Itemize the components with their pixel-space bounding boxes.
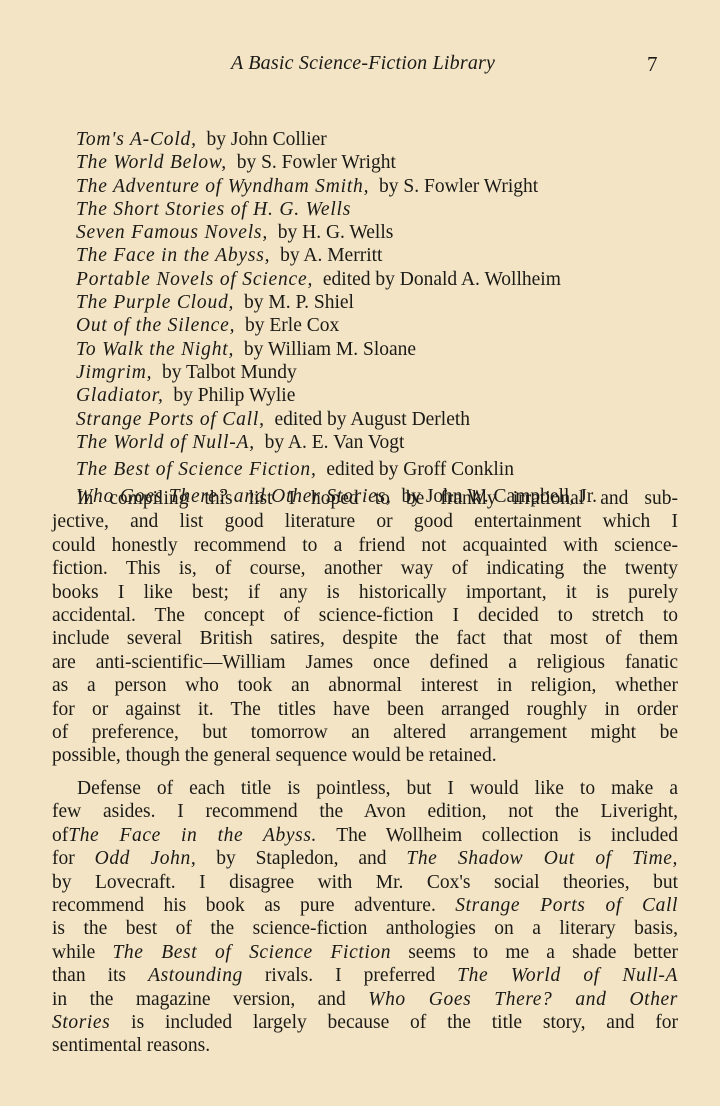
book-list-item: Tom's A-Cold, by John Collier [76,128,686,151]
book-list-item: The World of Null-A, by A. E. Van Vogt [76,431,686,454]
body-text: In compiling this list I hoped to be fra… [52,487,678,1058]
italic-title: Astounding [148,965,243,986]
italic-title: The Best of Science Fiction [112,942,391,963]
text-line: fiction. This is, of course, another way… [52,557,678,580]
italic-title: The Face in the Abyss. [68,825,317,846]
italic-title: Strange Ports of Call [455,895,678,916]
text-line: by Lovecraft. I disagree with Mr. Cox's … [52,871,678,894]
book-title: Out of the Silence, [76,315,235,336]
text-line: while The Best of Science Fiction seems … [52,941,678,964]
text-line: include several British satires, despite… [52,627,678,650]
italic-title: The Shadow Out of Time, [406,848,678,869]
book-list-item: To Walk the Night, by William M. Sloane [76,338,686,361]
book-credit: by M. P. Shiel [244,292,354,313]
text-line: few asides. I recommend the Avon edition… [52,800,678,823]
book-credit: by Philip Wylie [173,385,295,406]
book-credit: by Talbot Mundy [162,362,297,383]
italic-title: Who Goes There? and Other [368,989,678,1010]
page-number: 7 [647,52,658,77]
text-line: are anti-scientific—William James once d… [52,651,678,674]
book-title: Tom's A-Cold, [76,129,197,150]
text-line: accidental. The concept of science-ficti… [52,604,678,627]
text-line: books I like best; if any is historicall… [52,581,678,604]
book-list-item: The Adventure of Wyndham Smith, by S. Fo… [76,175,686,198]
book-title: The World of Null-A, [76,432,255,453]
text-line: recommend his book as pure adventure. St… [52,894,678,917]
book-credit: by A. E. Van Vogt [265,432,405,453]
book-list-item: Out of the Silence, by Erle Cox [76,314,686,337]
book-credit: by H. G. Wells [278,222,394,243]
running-title: A Basic Science-Fiction Library [231,52,495,75]
italic-title: Stories [52,1012,110,1033]
book-credit: by S. Fowler Wright [379,176,538,197]
book-title: Seven Famous Novels, [76,222,268,243]
book-credit: by S. Fowler Wright [237,152,396,173]
text-line: sentimental reasons. [52,1034,678,1057]
book-credit: edited by August Derleth [275,409,471,430]
book-list-item: Portable Novels of Science, edited by Do… [76,268,686,291]
book-title: The World Below, [76,152,227,173]
body-paragraph: In compiling this list I hoped to be fra… [52,487,678,768]
body-paragraph: Defense of each title is pointless, but … [52,777,678,1058]
running-head: A Basic Science-Fiction Library 7 [0,52,720,82]
book-list-item: The World Below, by S. Fowler Wright [76,151,686,174]
book-page: A Basic Science-Fiction Library 7 Tom's … [0,0,720,1106]
text-line: Stories is included largely because of t… [52,1011,678,1034]
italic-title: Odd John, [95,848,197,869]
text-line: for Odd John, by Stapledon, and The Shad… [52,847,678,870]
book-credit: edited by Donald A. Wollheim [323,269,561,290]
book-title: The Best of Science Fiction, [76,459,317,480]
book-title: Gladiator, [76,385,164,406]
book-list-item: The Short Stories of H. G. Wells [76,198,686,221]
book-list-item: Seven Famous Novels, by H. G. Wells [76,221,686,244]
italic-title: The World of Null-A [457,965,678,986]
text-line: ofThe Face in the Abyss. The Wollheim co… [52,824,678,847]
book-title: The Adventure of Wyndham Smith, [76,176,369,197]
text-line: of preference, but tomorrow an altered a… [52,721,678,744]
book-credit: by William M. Sloane [244,339,416,360]
book-title: The Short Stories of H. G. Wells [76,199,351,220]
book-title: The Face in the Abyss, [76,245,270,266]
book-credit: by John Collier [207,129,327,150]
text-line: jective, and list good literature or goo… [52,510,678,533]
text-line: possible, though the general sequence wo… [52,744,678,767]
book-list-item: Gladiator, by Philip Wylie [76,384,686,407]
book-credit: by A. Merritt [280,245,382,266]
text-line: could honestly recommend to a friend not… [52,534,678,557]
book-title: Jimgrim, [76,362,152,383]
book-title: Strange Ports of Call, [76,409,265,430]
book-list-item: Strange Ports of Call, edited by August … [76,408,686,431]
book-title: Portable Novels of Science, [76,269,313,290]
book-list-item: Jimgrim, by Talbot Mundy [76,361,686,384]
book-credit: by Erle Cox [245,315,339,336]
book-title: The Purple Cloud, [76,292,234,313]
book-credit: edited by Groff Conklin [326,459,514,480]
book-list-item: The Best of Science Fiction, edited by G… [76,458,686,481]
text-line: as a person who took an abnormal interes… [52,674,678,697]
text-line: than its Astounding rivals. I preferred … [52,964,678,987]
text-line: in the magazine version, and Who Goes Th… [52,988,678,1011]
book-list-item: The Purple Cloud, by M. P. Shiel [76,291,686,314]
text-line: In compiling this list I hoped to be fra… [52,487,678,510]
text-line: Defense of each title is pointless, but … [52,777,678,800]
text-line: is the best of the science-fiction antho… [52,917,678,940]
text-line: for or against it. The titles have been … [52,698,678,721]
book-title: To Walk the Night, [76,339,234,360]
book-list: Tom's A-Cold, by John CollierThe World B… [76,128,686,509]
book-list-item: The Face in the Abyss, by A. Merritt [76,244,686,267]
